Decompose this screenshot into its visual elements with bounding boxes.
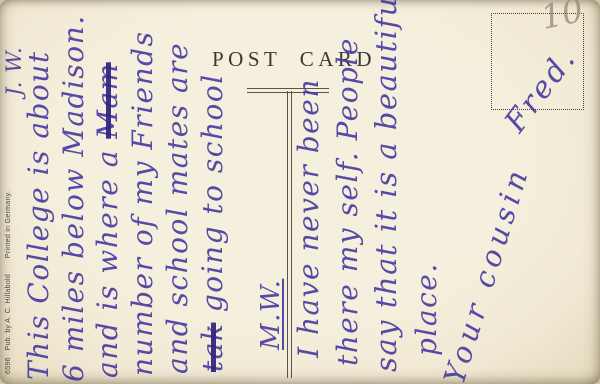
handwriting-text: 6 miles below Madison. [57,14,90,382]
handwriting-line: I have never been [292,0,326,384]
handwriting-line: there my self. People [331,0,365,384]
salutation-initials: M.W. [254,0,288,384]
handwriting-text: This College is about [22,50,55,380]
handwriting-text: number of my Friends [126,31,159,376]
crossed-out-word: tak [196,323,229,372]
handwriting-line: and school mates are [161,0,195,384]
closing-line: Your cousin [437,162,536,384]
handwriting-line: and is where a Mam [91,0,125,384]
postcard-back: POST CARD 6596 Pub. by A. C. Hillabold P… [0,0,600,384]
handwriting-text: going to school [196,73,229,322]
handwriting-line: place. [410,0,444,384]
handwriting-text: and is where a [91,139,124,378]
handwriting-line: number of my Friends [126,0,160,384]
handwriting-text: say that it is a beautiful [369,0,403,372]
handwriting-text: there my self. People [331,37,364,366]
handwriting-line: tak going to school [196,0,230,384]
handwriting-line: say that it is a beautiful [369,0,403,384]
handwriting-line: 6 miles below Madison. [57,0,91,384]
handwriting-text: M.W. [256,279,286,350]
handwriting-text: place. [410,262,443,356]
handwriting-text: and school mates are [161,42,194,374]
handwriting-line: This College is about [22,0,56,384]
crossed-out-word: Mam [91,62,124,138]
handwriting-text: I have never been [292,78,325,358]
